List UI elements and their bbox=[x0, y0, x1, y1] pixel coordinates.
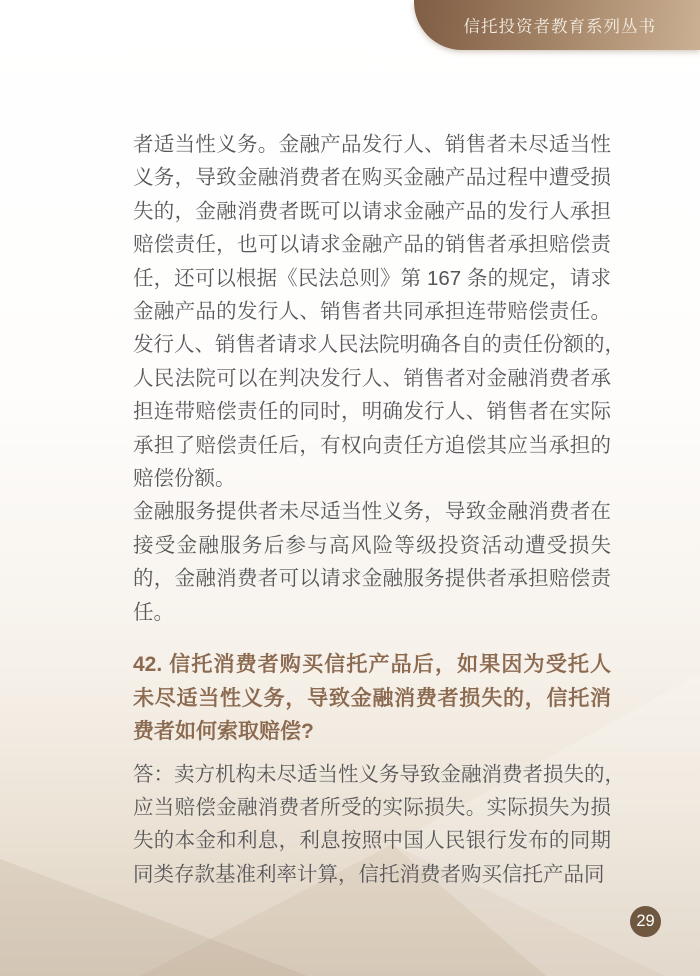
series-title: 信托投资者教育系列丛书 bbox=[464, 13, 657, 37]
text-line: 义务，导致金融消费者在购买金融产品过程中遭受损 bbox=[133, 161, 611, 194]
book-page: 信托投资者教育系列丛书 者适当性义务。金融产品发行人、销售者未尽适当性 义务，导… bbox=[0, 0, 700, 976]
text-line: 接受金融服务后参与高风险等级投资活动遭受损失 bbox=[133, 529, 611, 562]
text-line: 答：卖方机构未尽适当性义务导致金融消费者损失的， bbox=[133, 758, 611, 791]
text-line: 失的，金融消费者既可以请求金融产品的发行人承担 bbox=[133, 195, 611, 228]
header-banner: 信托投资者教育系列丛书 bbox=[414, 0, 700, 50]
text-line: 金融服务提供者未尽适当性义务，导致金融消费者在 bbox=[133, 495, 611, 528]
text-line: 赔偿份额。 bbox=[133, 462, 611, 495]
paragraph-service-liability: 金融服务提供者未尽适当性义务，导致金融消费者在 接受金融服务后参与高风险等级投资… bbox=[133, 495, 611, 629]
text-line: 应当赔偿金融消费者所受的实际损失。实际损失为损 bbox=[133, 791, 611, 824]
heading-line: 未尽适当性义务，导致金融消费者损失的，信托消 bbox=[133, 682, 611, 716]
answer-paragraph: 答：卖方机构未尽适当性义务导致金融消费者损失的， 应当赔偿金融消费者所受的实际损… bbox=[133, 758, 611, 892]
text-line: 赔偿责任，也可以请求金融产品的销售者承担赔偿责 bbox=[133, 228, 611, 261]
text-line: 人民法院可以在判决发行人、销售者对金融消费者承 bbox=[133, 362, 611, 395]
heading-line: 费者如何索取赔偿? bbox=[133, 715, 611, 749]
text-line: 任。 bbox=[133, 596, 611, 629]
page-number-badge: 29 bbox=[630, 906, 661, 937]
paragraph-product-liability: 者适当性义务。金融产品发行人、销售者未尽适当性 义务，导致金融消费者在购买金融产… bbox=[133, 128, 611, 495]
text-line: 者适当性义务。金融产品发行人、销售者未尽适当性 bbox=[133, 128, 611, 161]
text-line: 失的本金和利息，利息按照中国人民银行发布的同期 bbox=[133, 824, 611, 857]
text-line: 承担了赔偿责任后，有权向责任方追偿其应当承担的 bbox=[133, 429, 611, 462]
text-line: 金融产品的发行人、销售者共同承担连带赔偿责任。 bbox=[133, 295, 611, 328]
text-line: 的，金融消费者可以请求金融服务提供者承担赔偿责 bbox=[133, 562, 611, 595]
heading-line: 42. 信托消费者购买信托产品后，如果因为受托人 bbox=[133, 648, 611, 682]
question-42-heading: 42. 信托消费者购买信托产品后，如果因为受托人 未尽适当性义务，导致金融消费者… bbox=[133, 648, 611, 749]
text-line: 同类存款基准利率计算，信托消费者购买信托产品同 bbox=[133, 858, 611, 891]
text-line: 任，还可以根据《民法总则》第 167 条的规定，请求 bbox=[133, 262, 611, 295]
text-line: 发行人、销售者请求人民法院明确各自的责任份额的， bbox=[133, 328, 611, 361]
page-content: 者适当性义务。金融产品发行人、销售者未尽适当性 义务，导致金融消费者在购买金融产… bbox=[133, 128, 611, 891]
text-line: 担连带赔偿责任的同时，明确发行人、销售者在实际 bbox=[133, 395, 611, 428]
